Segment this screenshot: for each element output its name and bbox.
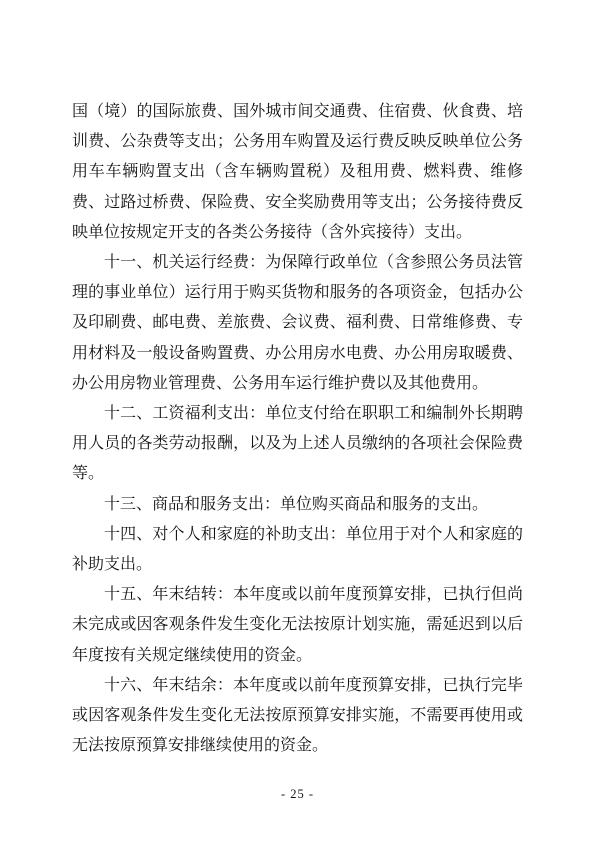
paragraph: 国（境）的国际旅费、国外城市间交通费、住宿费、伙食费、培训费、公杂费等支出；公务… — [72, 97, 523, 248]
paragraph: 十一、机关运行经费：为保障行政单位（含参照公务员法管理的事业单位）运行用于购买货… — [72, 248, 523, 399]
document-text: 国（境）的国际旅费、国外城市间交通费、住宿费、伙食费、培训费、公杂费等支出；公务… — [72, 97, 523, 761]
document-page: 国（境）的国际旅费、国外城市间交通费、住宿费、伙食费、培训费、公杂费等支出；公务… — [0, 0, 595, 847]
paragraph: 十四、对个人和家庭的补助支出：单位用于对个人和家庭的补助支出。 — [72, 520, 523, 580]
page-number: - 25 - — [0, 786, 595, 802]
paragraph: 十六、年末结余：本年度或以前年度预算安排，已执行完毕或因客观条件发生变化无法按原… — [72, 671, 523, 762]
paragraph: 十五、年末结转：本年度或以前年度预算安排，已执行但尚未完成或因客观条件发生变化无… — [72, 580, 523, 671]
paragraph: 十二、工资福利支出：单位支付给在职职工和编制外长期聘用人员的各类劳动报酬，以及为… — [72, 399, 523, 490]
paragraph: 十三、商品和服务支出：单位购买商品和服务的支出。 — [72, 490, 523, 520]
